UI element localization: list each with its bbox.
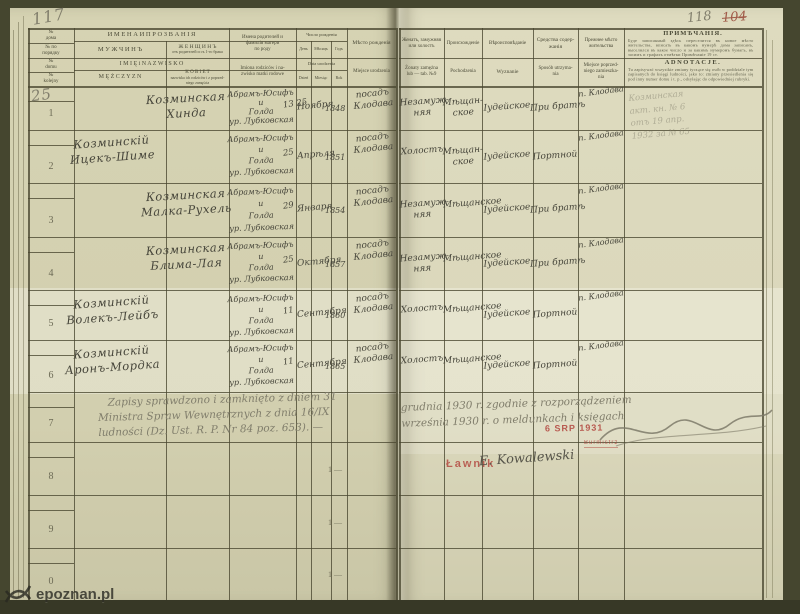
closing-annotation-left: Zapisy sprawdzono i zamknięto z dniem 31…	[97, 388, 400, 441]
birth-day: 25	[282, 148, 294, 157]
col-header-means-pl: Sposób utrzyma- nia	[533, 58, 578, 86]
grid-line	[28, 252, 74, 253]
grid-line	[28, 407, 74, 408]
row-seq-number: 1	[40, 108, 62, 120]
col-header-origin-ru: Происхожденіе	[444, 29, 482, 58]
row-seq-number: 7	[40, 418, 62, 430]
col-header-place-ru: Мѣсто рожденія	[347, 29, 396, 58]
grid-line	[28, 548, 396, 549]
col-header-birth-ru: Число рожденія	[296, 29, 347, 41]
col-header-birth-pl: Data urodzenia	[296, 58, 347, 70]
col-header-marital-ru: Женатъ, замужняя или холостъ	[399, 29, 444, 58]
col-header-year-ru: Годъ	[331, 41, 347, 58]
col-header-origin-pl: Pochodzenia	[444, 58, 482, 86]
grid-line	[624, 28, 625, 600]
birth-year: 1865	[325, 362, 345, 371]
col-header-religion-pl: Wyznanie	[482, 58, 533, 86]
pencil-remark: Козминская акт. кн. № 6 отъ 19 апр. 1932…	[628, 83, 744, 143]
row-seq-number: 8	[40, 471, 62, 483]
page-curl-line	[772, 40, 773, 598]
house-number: 25	[30, 86, 53, 106]
birth-year: 1848	[325, 104, 345, 113]
woman-name: Козминская Хинда	[135, 88, 236, 123]
col-header-parents-ru: Имена родителей и фамилія матери по роду	[229, 29, 296, 58]
col-header-women-pl: K O B I E T nazwiska ich rodziców i z po…	[166, 70, 229, 86]
col-header-seq-ru: № по порядку	[28, 43, 74, 58]
grid-line	[28, 130, 396, 131]
grid-line	[399, 237, 762, 238]
grid-line	[399, 183, 762, 184]
birth-day: 11	[282, 306, 294, 315]
col-header-remarks-pl-title: ADNOTACJE.	[624, 59, 762, 67]
col-header-remarks-ru-fine: Буде записанный здѣсь переселится въ нов…	[628, 38, 753, 57]
grid-line	[399, 495, 762, 496]
row-seq-number: 9	[40, 524, 62, 536]
birth-day: 11	[282, 357, 294, 366]
col-header-religion-ru: Вѣроисповѣданіе	[482, 29, 533, 58]
col-header-prev-pl: Miejsce poprzed- niego zamieszka- nia	[578, 58, 624, 86]
grid-line	[28, 290, 396, 291]
grid-line	[28, 86, 396, 88]
col-header-day-ru: День	[296, 41, 311, 58]
row-seq-number: 4	[40, 268, 62, 280]
grid-line	[28, 28, 30, 600]
birth-day: 29	[282, 201, 294, 210]
woman-name: Козминская Блима-Лая	[135, 239, 236, 274]
page-number-right: 118	[686, 10, 712, 27]
col-header-parents-pl: Imiona rodziców i na- zwisko matki rodow…	[229, 58, 296, 86]
birth-year: 1857	[325, 260, 345, 269]
grid-line	[28, 510, 74, 511]
col-header-house-pl: № domu	[28, 58, 74, 72]
women-ru-sublabel: отъ родителей и съ 1-го брака	[172, 50, 223, 55]
pencil-signature-flourish	[596, 402, 776, 452]
col-header-men-ru: М У Ж Ч И Н Ъ	[74, 41, 166, 58]
col-header-place-pl: Miejsce urodzenia	[347, 58, 396, 86]
page-edge-line	[23, 16, 24, 598]
grid-line	[28, 198, 74, 199]
col-header-names-title-pl: I M I Ę i N A Z W I S K O	[74, 59, 229, 70]
grid-line	[762, 28, 764, 600]
col-header-men-pl: M Ę Ż C Z Y Z N	[74, 70, 166, 86]
grid-line	[28, 237, 396, 238]
col-header-month-ru: Мѣсяцъ	[311, 41, 331, 58]
col-header-women-ru: Ж Е Н Щ И Н Ъ отъ родителей и съ 1-го бр…	[166, 41, 229, 58]
birth-day: 25	[282, 255, 294, 264]
page-number-right-struck: 104	[722, 10, 748, 27]
grid-line	[396, 28, 398, 600]
grid-line	[28, 183, 396, 184]
col-header-year-pl: Rok	[331, 70, 347, 86]
grid-line	[399, 340, 762, 341]
grid-line	[28, 442, 396, 443]
grid-line	[28, 457, 74, 458]
grid-line	[28, 495, 396, 496]
marital-status: Незамуж- няя	[399, 95, 444, 120]
row-seq-number: 3	[40, 215, 62, 227]
col-header-house-ru: № дома	[28, 29, 74, 43]
origin: Мѣщан- ское	[442, 96, 483, 121]
col-header-remarks-ru-title: ПРИМѢЧАНІЯ.	[624, 30, 762, 38]
scanned-register-spread: № дома № по порядку № domu № kolejny И М…	[0, 0, 800, 614]
grid-line	[28, 563, 74, 564]
year-prefix-mark: 1 —	[328, 465, 342, 474]
col-header-remarks-pl-fine: Tu zapisywać wszystkie zmiany tyczące si…	[628, 67, 753, 81]
bottom-shadow	[0, 600, 800, 614]
birth-year: 1851	[325, 153, 345, 162]
col-header-prev-ru: Прежнее мѣсто жительства	[578, 29, 624, 58]
col-header-seq-pl: № kolejny	[28, 72, 74, 86]
date-stamp: 6 SRP 1931	[545, 422, 604, 433]
grid-line	[331, 41, 332, 600]
marital-status: Незамуж- няя	[399, 197, 444, 222]
birth-year: 1854	[325, 206, 345, 215]
page-edge-line	[13, 30, 14, 596]
col-header-day-pl: Dzień	[296, 70, 311, 86]
woman-name: Козминская Малка-Рухель	[135, 185, 236, 220]
year-prefix-mark: 1 —	[328, 570, 342, 579]
grid-line	[399, 290, 762, 291]
grid-line	[311, 41, 312, 600]
col-header-marital-pl: Żonaty zamężna lub — tab. №9	[399, 58, 444, 86]
row-seq-number: 0	[40, 576, 62, 588]
birth-year: 1860	[325, 311, 345, 320]
watermark-text: epoznan.pl	[36, 586, 114, 603]
marital-status: Незамуж- няя	[399, 251, 444, 276]
col-header-means-ru: Средства содер- жанія	[533, 29, 578, 58]
col-header-month-pl: Miesiąc	[311, 70, 331, 86]
year-prefix-mark: 1 —	[328, 518, 342, 527]
page-curl-line	[766, 30, 767, 598]
origin: Мѣщан- ское	[442, 145, 483, 170]
scissors-x-logo-icon	[4, 584, 32, 604]
col-header-names-title-ru: И М Е Н А И П Р О З В А Н І Я	[74, 29, 229, 41]
page-edge-line	[18, 22, 19, 598]
women-pl-sublabel: nazwiska ich rodziców i z poprzed- niego…	[171, 76, 225, 85]
grid-line	[399, 548, 762, 549]
grid-line	[28, 340, 396, 341]
